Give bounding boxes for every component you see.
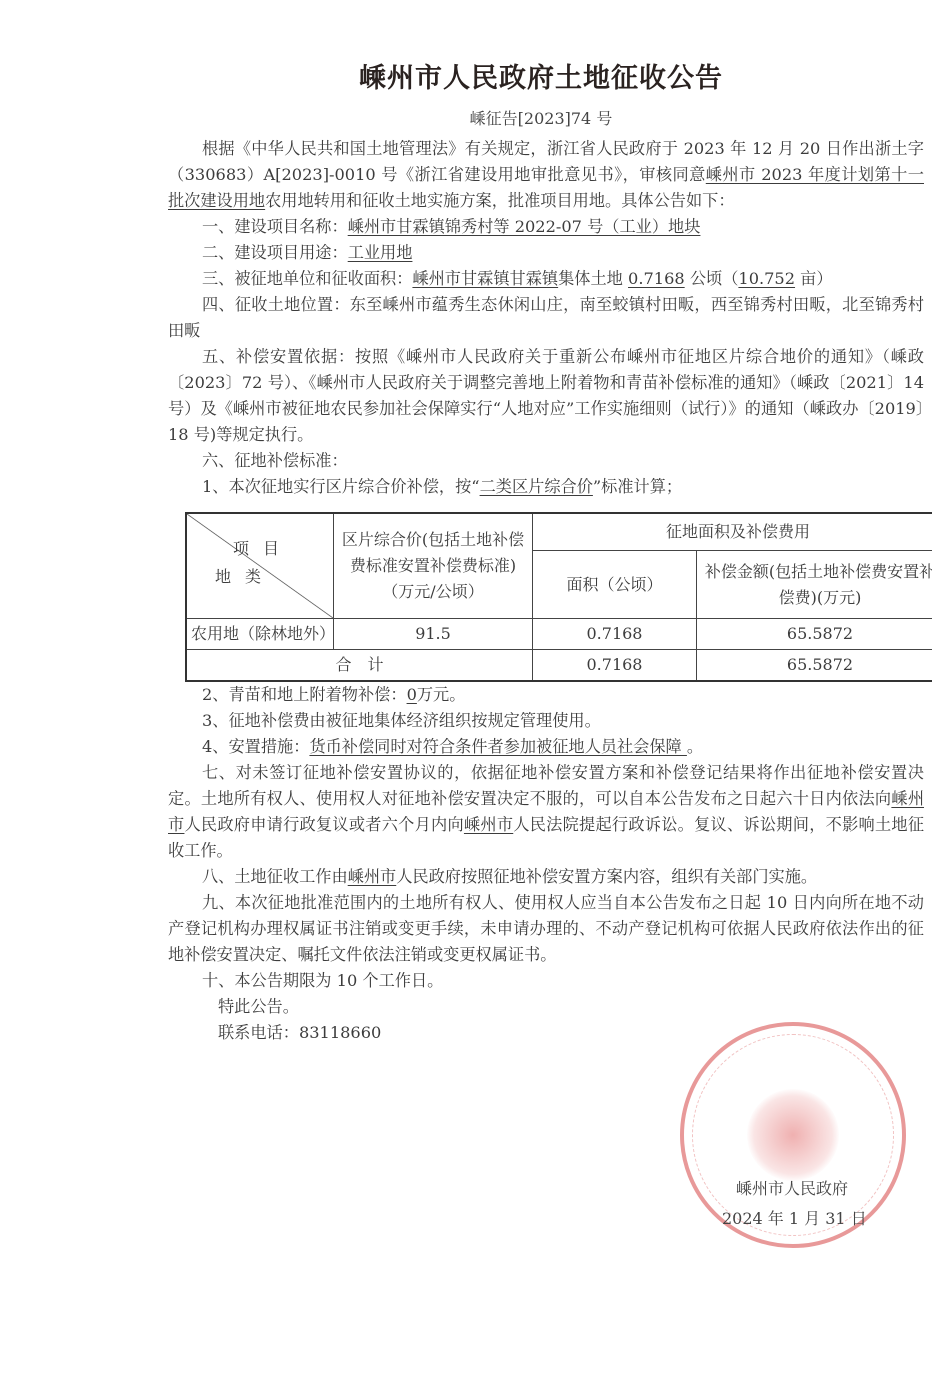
- header-group: 征地面积及补偿费用: [533, 513, 932, 551]
- table-row: 农用地（除林地外） 91.5 0.7168 65.5872: [186, 619, 932, 650]
- contact-phone: 83118660: [299, 1023, 381, 1042]
- project-name-value: 嵊州市甘霖镇锦秀村等 2022-07 号（工业）地块: [348, 217, 701, 236]
- document-number: 嵊征告[2023]74 号: [150, 106, 932, 129]
- notice-page: 嵊州市人民政府土地征收公告 嵊征告[2023]74 号 根据《中华人民共和国土地…: [0, 0, 932, 1384]
- diagonal-header-cell: 项目 地类: [186, 513, 334, 619]
- item-compensation-basis: 五、补偿安置依据：按照《嵊州市人民政府关于重新公布嵊州市征地区片综合地价的通知》…: [168, 344, 924, 448]
- compensation-table: 项目 地类 区片综合价(包括土地补偿费标准安置补偿费标准)（万元/公顷） 征地面…: [185, 512, 932, 682]
- item-6-3: 3、征地补偿费由被征地集体经济组织按规定管理使用。: [168, 708, 924, 734]
- total-label: 合 计: [186, 650, 533, 682]
- item-9: 九、本次征地批准范围内的土地所有权人、使用权人应当自本公告发布之日起 10 日内…: [168, 890, 924, 968]
- project-use-value: 工业用地: [348, 243, 413, 262]
- item-project-name: 一、建设项目名称：嵊州市甘霖镇锦秀村等 2022-07 号（工业）地块: [168, 214, 924, 240]
- table-total-row: 合 计 0.7168 65.5872: [186, 650, 932, 682]
- closing-text: 特此公告。: [168, 994, 924, 1020]
- header-price: 区片综合价(包括土地补偿费标准安置补偿费标准)（万元/公顷）: [334, 513, 533, 619]
- item-8: 八、土地征收工作由嵊州市人民政府按照征地补偿安置方案内容，组织有关部门实施。: [168, 864, 924, 890]
- intro-paragraph: 根据《中华人民共和国土地管理法》有关规定，浙江省人民政府于 2023 年 12 …: [168, 136, 924, 214]
- item-6-1: 1、本次征地实行区片综合价补偿，按“二类区片综合价”标准计算；: [168, 474, 924, 500]
- item-6-2: 2、青苗和地上附着物补偿：0万元。: [168, 682, 924, 708]
- area-hectare: 0.7168: [628, 269, 685, 288]
- area-mu: 10.752: [738, 269, 795, 288]
- total-amount: 65.5872: [697, 650, 932, 682]
- item-6-4: 4、安置措施：货币补偿同时对符合条件者参加被征地人员社会保障 。: [168, 734, 924, 760]
- item-location: 四、征收土地位置：东至嵊州市蕴秀生态休闲山庄，南至蛟镇村田畈，西至锦秀村田畈，北…: [168, 292, 924, 344]
- issuer-signature: 嵊州市人民政府: [736, 1176, 848, 1199]
- header-amount: 补偿金额(包括土地补偿费安置补偿费)(万元): [697, 551, 932, 619]
- header-area: 面积（公顷）: [533, 551, 697, 619]
- item-project-use: 二、建设项目用途：工业用地: [168, 240, 924, 266]
- total-area: 0.7168: [533, 650, 697, 682]
- cell-amount: 65.5872: [697, 619, 932, 650]
- notice-body: 根据《中华人民共和国土地管理法》有关规定，浙江省人民政府于 2023 年 12 …: [168, 136, 924, 1046]
- item-compensation-standard: 六、征地补偿标准：: [168, 448, 924, 474]
- contact-line: 联系电话：83118660: [168, 1020, 924, 1046]
- item-7: 七、对未签订征地补偿安置协议的，依据征地补偿安置方案和补偿登记结果将作出征地补偿…: [168, 760, 924, 864]
- item-expropriated-unit: 三、被征地单位和征收面积：嵊州市甘霖镇甘霖镇集体土地 0.7168 公顷（10.…: [168, 266, 924, 292]
- item-10: 十、本公告期限为 10 个工作日。: [168, 968, 924, 994]
- page-title: 嵊州市人民政府土地征收公告: [150, 56, 932, 95]
- seal-emblem-icon: [747, 1089, 839, 1181]
- cell-area: 0.7168: [533, 619, 697, 650]
- cell-land-type: 农用地（除林地外）: [186, 619, 334, 650]
- cell-price: 91.5: [334, 619, 533, 650]
- issue-date: 2024 年 1 月 31 日: [722, 1206, 867, 1229]
